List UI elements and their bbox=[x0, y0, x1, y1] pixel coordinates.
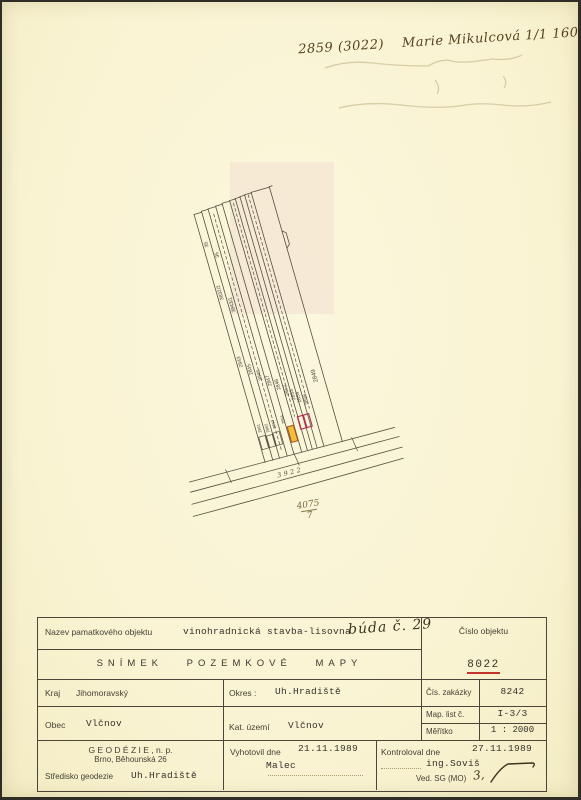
table-divider bbox=[38, 706, 546, 707]
parcel-label: 2864 bbox=[279, 414, 286, 425]
meritko-label: Měřítko bbox=[426, 727, 453, 736]
dotted-leader bbox=[381, 767, 421, 769]
paper-sheet: 2859 (3022)Marie Mikulcová 1/1 160 bbox=[2, 2, 578, 797]
table-divider bbox=[376, 740, 377, 790]
scanned-document: 2859 (3022)Marie Mikulcová 1/1 160 bbox=[0, 0, 581, 800]
table-divider bbox=[421, 723, 546, 724]
stredisko-value: Uh.Hradiště bbox=[131, 770, 197, 781]
ved-sg-label: Ved. SG (MO) bbox=[416, 774, 466, 783]
cadastral-map-drawing: 3922 35 35 3832/2 3843/1 2843 2845 2846 … bbox=[122, 150, 462, 560]
vyhotovil-date: 21.11.1989 bbox=[298, 743, 358, 754]
object-number: 8022 bbox=[421, 654, 546, 672]
table-divider bbox=[38, 649, 421, 650]
pencil-line-1 bbox=[325, 55, 522, 68]
parcel-label: 3832/2 bbox=[216, 284, 226, 301]
org-address: Brno, Běhounská 26 bbox=[38, 755, 223, 764]
title-block-table: Nazev pamatkového objektu vinohradnická … bbox=[37, 617, 547, 792]
parcel-label: 2847 bbox=[265, 374, 274, 387]
pencil-marks bbox=[435, 76, 506, 94]
monument-label: Nazev pamatkového objektu bbox=[45, 627, 152, 637]
object-number-label: Číslo objektu bbox=[421, 626, 546, 636]
okres-label: Okres : bbox=[229, 688, 256, 698]
small-structures bbox=[259, 431, 283, 449]
paper-tint-patch bbox=[230, 162, 334, 314]
kontroloval-name: ing.Soviš bbox=[426, 758, 480, 769]
parcel-label: 2862 bbox=[263, 423, 270, 434]
zakazky-label: Čís. zakázky bbox=[426, 688, 471, 697]
monument-handwritten-note: búda č. 29 bbox=[348, 616, 433, 638]
kraj-label: Kraj bbox=[45, 688, 60, 698]
object-number-value: 8022 bbox=[467, 659, 499, 674]
kontroloval-label: Kontroloval dne bbox=[381, 747, 440, 757]
vyhotovil-label: Vyhotovil dne bbox=[230, 747, 281, 757]
kat-uzemi-value: Vlčnov bbox=[288, 720, 324, 731]
note-owner: Marie Mikulcová 1/1 160 bbox=[402, 25, 579, 51]
kontroloval-date: 27.11.1989 bbox=[472, 743, 532, 754]
org-name: G E O D É Z I E , n. p. bbox=[38, 745, 223, 755]
zakazky-value: 8242 bbox=[479, 686, 546, 697]
vyhotovil-name: Malec bbox=[266, 760, 296, 771]
faint-pencil-notes bbox=[317, 50, 572, 125]
signature-scribble bbox=[488, 760, 543, 786]
meritko-value: 1 : 2000 bbox=[479, 725, 546, 735]
road-parcel-number: 3922 bbox=[276, 465, 304, 479]
table-divider bbox=[38, 740, 546, 741]
map-list-label: Map. list č. bbox=[426, 710, 464, 719]
lisovna-building-highlight bbox=[287, 425, 298, 442]
table-divider bbox=[38, 679, 546, 680]
obec-label: Obec bbox=[45, 720, 65, 730]
obec-value: Vlčnov bbox=[86, 718, 122, 729]
map-list-value: I-3/3 bbox=[479, 708, 546, 719]
kraj-value: Jihomoravský bbox=[76, 688, 128, 698]
document-title: SNÍMEK POZEMKOVÉ MAPY bbox=[38, 658, 421, 669]
okres-value: Uh.Hradiště bbox=[275, 686, 341, 697]
table-divider bbox=[223, 679, 224, 790]
stredisko-label: Středisko geodezie bbox=[45, 772, 113, 781]
parcel-label: 2849 bbox=[310, 368, 320, 383]
parcel-label: 35 bbox=[203, 241, 210, 248]
dotted-leader bbox=[268, 774, 363, 776]
signature-number: 3, bbox=[472, 767, 485, 782]
pencil-line-2 bbox=[339, 102, 551, 108]
monument-value: vinohradnická stavba-lisovna bbox=[183, 626, 351, 637]
parcel-label: 2845 bbox=[246, 363, 255, 376]
kat-uzemi-label: Kat. území bbox=[229, 722, 270, 732]
